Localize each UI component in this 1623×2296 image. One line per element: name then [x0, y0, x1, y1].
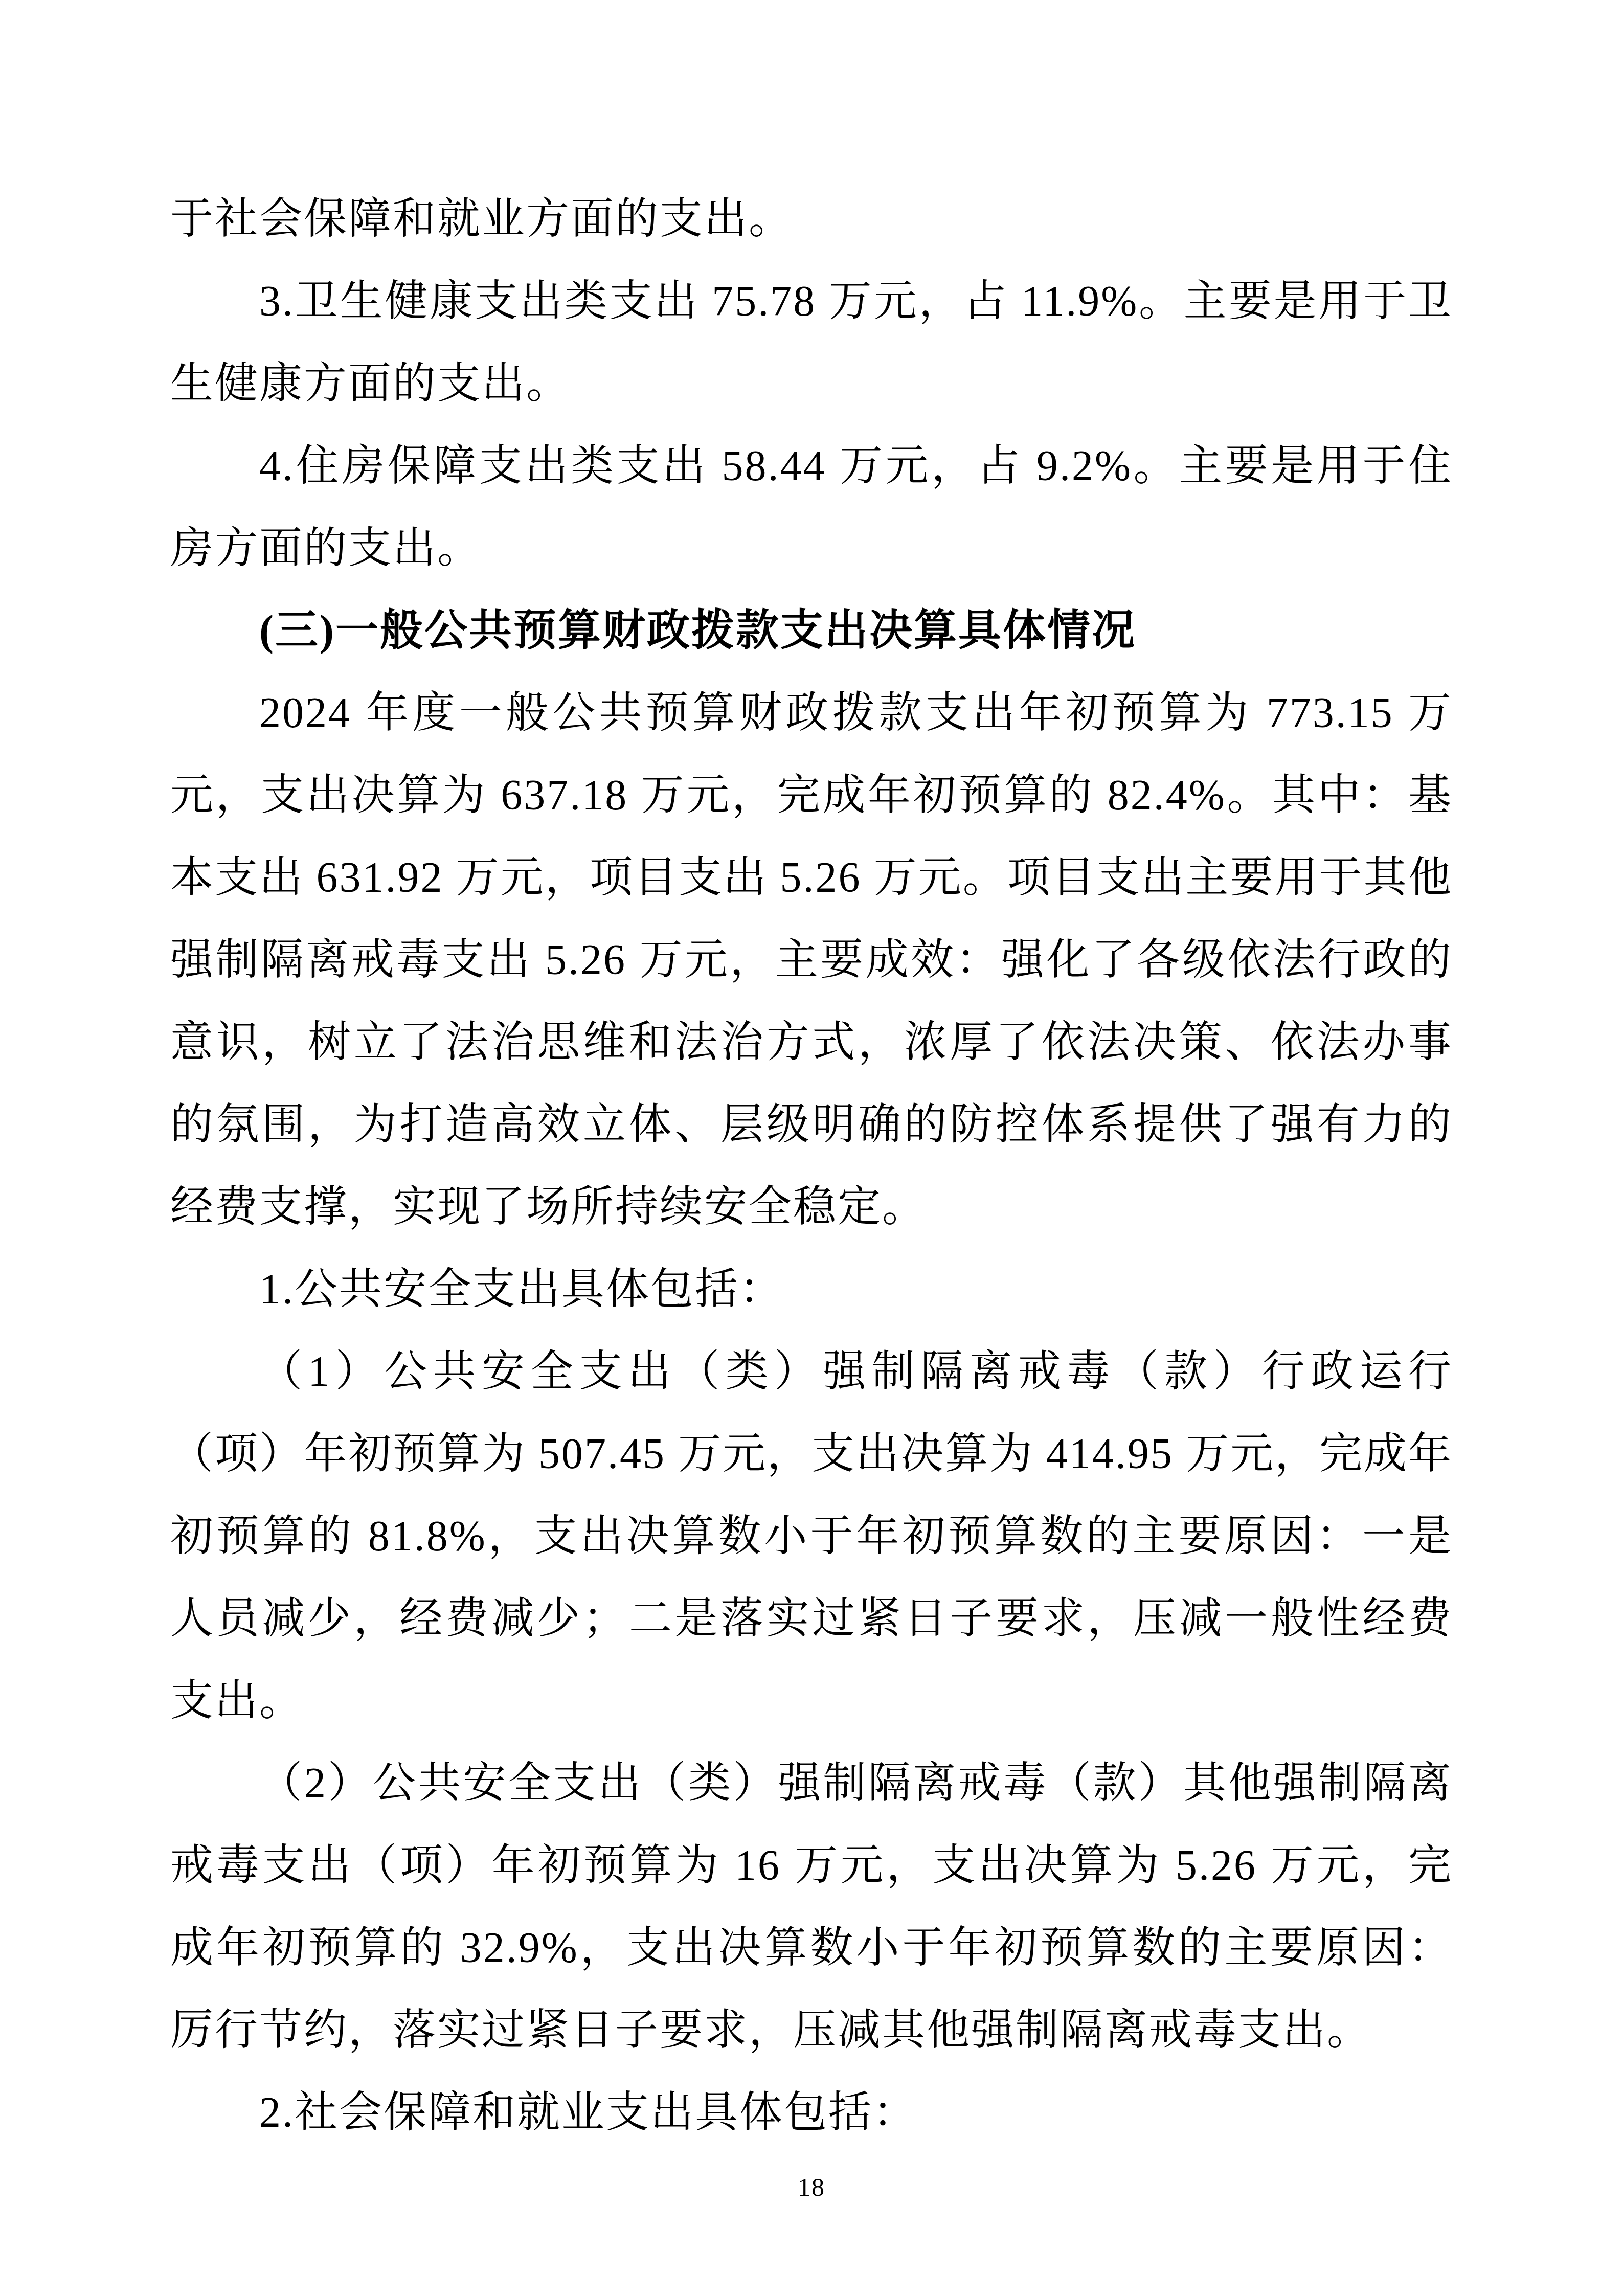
paragraph-public-safety-item-1: （1）公共安全支出（类）强制隔离戒毒（款）行政运行（项）年初预算为 507.45…: [170, 1331, 1453, 1742]
paragraph-social-security-continuation: 于社会保障和就业方面的支出。: [170, 178, 1453, 260]
page-number: 18: [0, 2172, 1623, 2202]
paragraph-social-security-intro: 2.社会保障和就业支出具体包括：: [170, 2072, 1453, 2154]
paragraph-public-safety-intro: 1.公共安全支出具体包括：: [170, 1248, 1453, 1331]
paragraph-housing-expenditure: 4.住房保障支出类支出 58.44 万元，占 9.2%。主要是用于住房方面的支出…: [170, 425, 1453, 590]
section-heading-fiscal-expenditure-details: (三)一般公共预算财政拨款支出决算具体情况: [170, 590, 1453, 672]
document-page: 于社会保障和就业方面的支出。 3.卫生健康支出类支出 75.78 万元，占 11…: [0, 0, 1623, 2296]
paragraph-public-safety-item-2: （2）公共安全支出（类）强制隔离戒毒（款）其他强制隔离戒毒支出（项）年初预算为 …: [170, 1742, 1453, 2072]
document-body: 于社会保障和就业方面的支出。 3.卫生健康支出类支出 75.78 万元，占 11…: [170, 178, 1453, 2154]
paragraph-health-expenditure: 3.卫生健康支出类支出 75.78 万元，占 11.9%。主要是用于卫生健康方面…: [170, 260, 1453, 425]
paragraph-budget-overview-2024: 2024 年度一般公共预算财政拨款支出年初预算为 773.15 万元，支出决算为…: [170, 672, 1453, 1248]
